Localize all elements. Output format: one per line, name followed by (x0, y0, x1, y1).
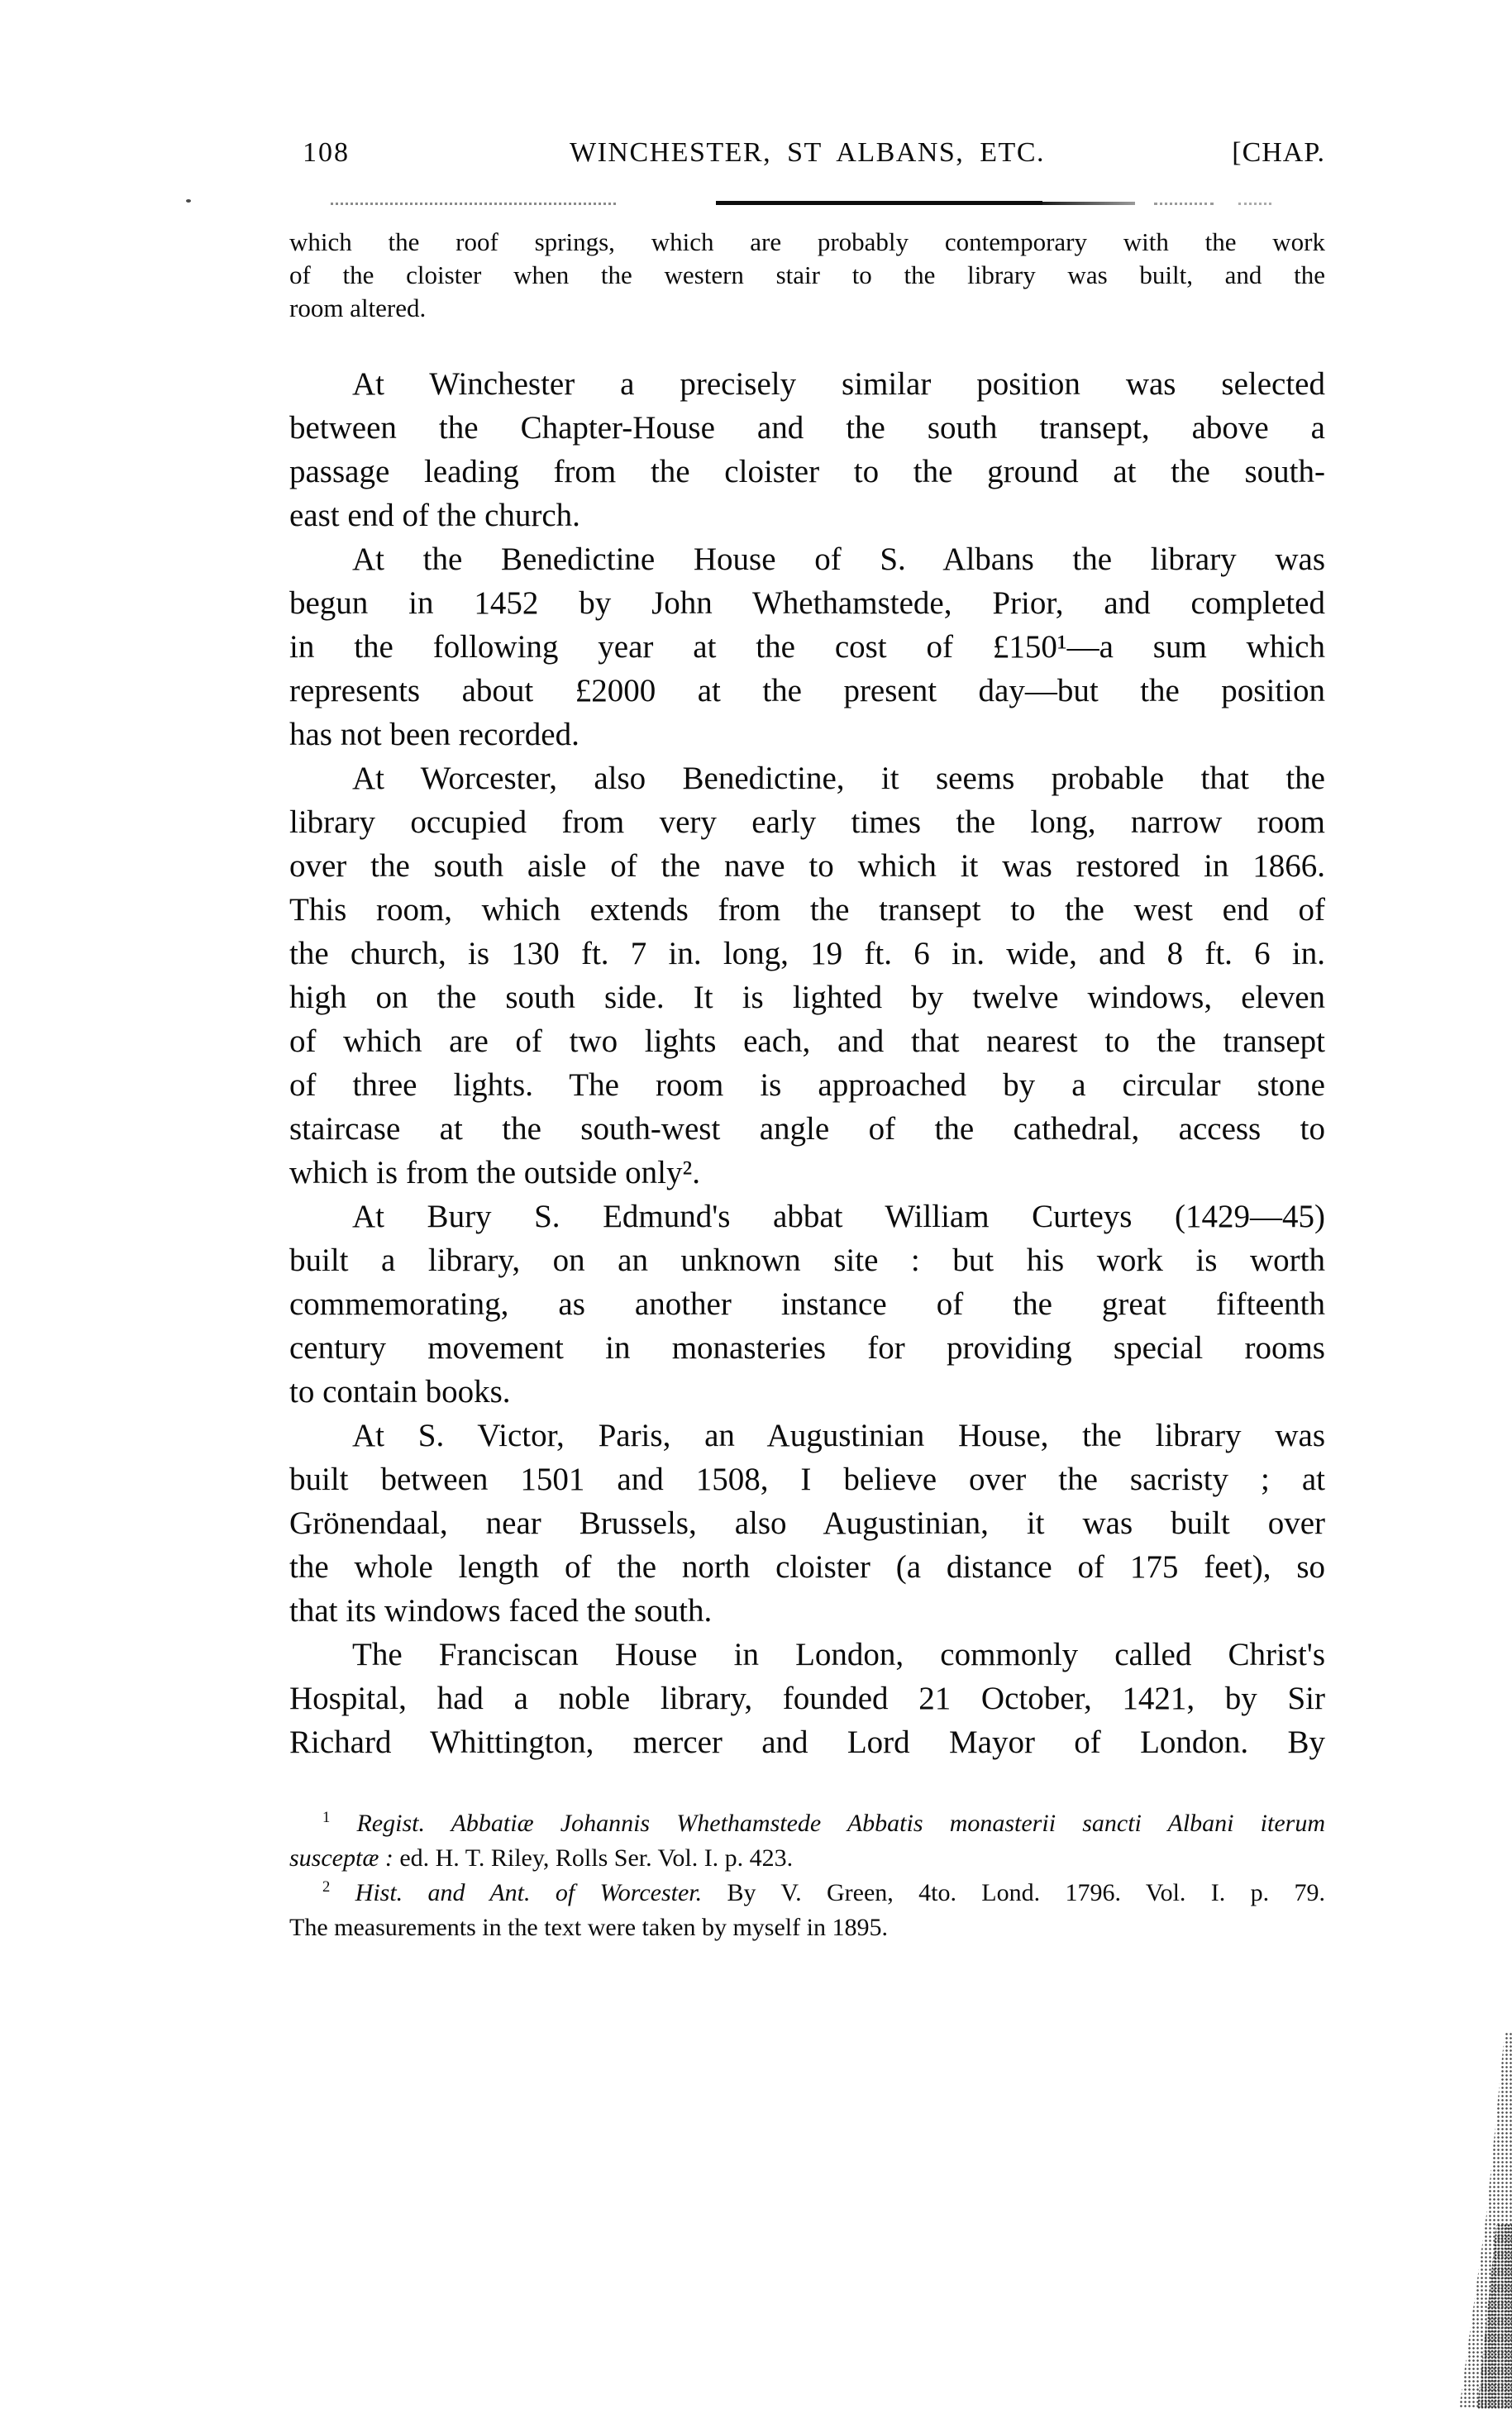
paragraph: The Franciscan House in London, commonly… (289, 1633, 1325, 1764)
text-line: At S. Victor, Paris, an Augustinian Hous… (289, 1414, 1325, 1457)
text-run: room altered. (289, 293, 426, 322)
text-run: of the cloister when the western stair t… (289, 260, 1325, 289)
text-run: between the Chapter-House and the south … (289, 410, 1325, 446)
text-run: in the following year at the cost of £15… (289, 629, 1325, 665)
paragraph: At Bury S. Edmund's abbat William Curtey… (289, 1195, 1325, 1414)
text-run: century movement in monasteries for prov… (289, 1330, 1325, 1366)
text-run: staircase at the south-west angle of the… (289, 1111, 1325, 1147)
header-rule-segment (1154, 203, 1214, 205)
text-run: represents about £2000 at the present da… (289, 673, 1325, 708)
text-line: staircase at the south-west angle of the… (289, 1107, 1325, 1151)
text-run: Grönendaal, near Brussels, also Augustin… (289, 1505, 1325, 1541)
paragraph: At Winchester a precisely similar positi… (289, 362, 1325, 537)
text-line: 1 Regist. Abbatiæ Johannis Whethamstede … (289, 1806, 1325, 1841)
text-run: The Franciscan House in London, commonly… (352, 1637, 1325, 1672)
footnote-marker: 2 (322, 1878, 330, 1896)
paragraph: which the roof springs, which are probab… (289, 226, 1325, 325)
text-run: which the roof springs, which are probab… (289, 227, 1325, 256)
text-run: ed. H. T. Riley, Rolls Ser. Vol. I. p. 4… (394, 1844, 793, 1872)
text-line: century movement in monasteries for prov… (289, 1326, 1325, 1370)
text-line: east end of the church. (289, 494, 1325, 537)
text-line: of three lights. The room is approached … (289, 1063, 1325, 1107)
text-run: At S. Victor, Paris, an Augustinian Hous… (352, 1418, 1325, 1453)
text-run: commemorating, as another instance of th… (289, 1286, 1325, 1322)
text-line: which the roof springs, which are probab… (289, 226, 1325, 259)
text-run: of three lights. The room is approached … (289, 1067, 1325, 1103)
text-line: in the following year at the cost of £15… (289, 625, 1325, 669)
header-rule-segment (331, 203, 616, 205)
text-run: library occupied from very early times t… (289, 804, 1325, 840)
text-run: the whole length of the north cloister (… (289, 1549, 1325, 1585)
text-line: high on the south side. It is lighted by… (289, 976, 1325, 1019)
text-run: has not been recorded. (289, 717, 580, 752)
text-line: This room, which extends from the transe… (289, 888, 1325, 932)
text-run: At Worcester, also Benedictine, it seems… (352, 761, 1325, 796)
header-rule-segment (716, 201, 1042, 205)
text-run: Regist. Abbatiæ Johannis Whethamstede Ab… (330, 1810, 1325, 1837)
text-line: commemorating, as another instance of th… (289, 1282, 1325, 1326)
text-run: The measurements in the text were taken … (289, 1914, 888, 1941)
text-run: high on the south side. It is lighted by… (289, 980, 1325, 1015)
page-header: 108 WINCHESTER, ST ALBANS, ETC. [CHAP. (289, 137, 1325, 169)
text-column: which the roof springs, which are probab… (289, 226, 1325, 1945)
header-rule-segment (186, 199, 191, 203)
text-run: At Bury S. Edmund's abbat William Curtey… (352, 1199, 1325, 1234)
text-run: east end of the church. (289, 498, 580, 533)
text-line: At Worcester, also Benedictine, it seems… (289, 756, 1325, 800)
text-line: represents about £2000 at the present da… (289, 669, 1325, 713)
text-run: susceptæ : (289, 1844, 394, 1872)
text-line: of the cloister when the western stair t… (289, 259, 1325, 292)
text-line: library occupied from very early times t… (289, 800, 1325, 844)
text-line: built a library, on an unknown site : bu… (289, 1238, 1325, 1282)
text-line: At the Benedictine House of S. Albans th… (289, 537, 1325, 581)
text-run: of which are of two lights each, and tha… (289, 1023, 1325, 1059)
text-run: built a library, on an unknown site : bu… (289, 1243, 1325, 1278)
text-line: Grönendaal, near Brussels, also Augustin… (289, 1501, 1325, 1545)
header-rule-segment (1042, 202, 1135, 205)
text-run: passage leading from the cloister to the… (289, 454, 1325, 489)
text-line: susceptæ : ed. H. T. Riley, Rolls Ser. V… (289, 1841, 1325, 1876)
paragraph: 2 Hist. and Ant. of Worcester. By V. Gre… (289, 1876, 1325, 1945)
text-run: Richard Whittington, mercer and Lord May… (289, 1724, 1325, 1760)
text-line: The measurements in the text were taken … (289, 1911, 1325, 1945)
header-rule-segment (1238, 203, 1271, 205)
text-line: built between 1501 and 1508, I believe o… (289, 1457, 1325, 1501)
text-line: of which are of two lights each, and tha… (289, 1019, 1325, 1063)
text-line: The Franciscan House in London, commonly… (289, 1633, 1325, 1677)
text-line: over the south aisle of the nave to whic… (289, 844, 1325, 888)
text-run: built between 1501 and 1508, I believe o… (289, 1462, 1325, 1497)
running-title: WINCHESTER, ST ALBANS, ETC. (570, 137, 1045, 169)
text-run: the church, is 130 ft. 7 in. long, 19 ft… (289, 936, 1325, 971)
chapter-label: [CHAP. (1232, 137, 1325, 169)
page-number: 108 (289, 137, 350, 169)
text-run: which is from the outside only². (289, 1155, 700, 1190)
text-run: By V. Green, 4to. Lond. 1796. Vol. I. p.… (702, 1879, 1325, 1906)
text-run: over the south aisle of the nave to whic… (289, 848, 1325, 884)
text-line: that its windows faced the south. (289, 1589, 1325, 1633)
text-run: to contain books. (289, 1374, 511, 1410)
text-line: between the Chapter-House and the south … (289, 406, 1325, 450)
paragraph: At Worcester, also Benedictine, it seems… (289, 756, 1325, 1195)
text-line: room altered. (289, 292, 1325, 325)
text-line: At Winchester a precisely similar positi… (289, 362, 1325, 406)
text-line: passage leading from the cloister to the… (289, 450, 1325, 494)
text-line: the whole length of the north cloister (… (289, 1545, 1325, 1589)
text-line: Richard Whittington, mercer and Lord May… (289, 1720, 1325, 1764)
text-run: At Winchester a precisely similar positi… (352, 366, 1325, 402)
paragraph: 1 Regist. Abbatiæ Johannis Whethamstede … (289, 1806, 1325, 1876)
text-run: This room, which extends from the transe… (289, 892, 1325, 928)
text-run: that its windows faced the south. (289, 1593, 712, 1629)
text-line: the church, is 130 ft. 7 in. long, 19 ft… (289, 932, 1325, 976)
paragraph: At the Benedictine House of S. Albans th… (289, 537, 1325, 756)
text-run: Hospital, had a noble library, founded 2… (289, 1681, 1325, 1716)
text-run: Hist. and Ant. of Worcester. (330, 1879, 702, 1906)
text-line: has not been recorded. (289, 713, 1325, 756)
text-line: to contain books. (289, 1370, 1325, 1414)
text-line: which is from the outside only². (289, 1151, 1325, 1195)
paragraph: At S. Victor, Paris, an Augustinian Hous… (289, 1414, 1325, 1633)
text-line: Hospital, had a noble library, founded 2… (289, 1677, 1325, 1720)
text-line: At Bury S. Edmund's abbat William Curtey… (289, 1195, 1325, 1238)
text-run: begun in 1452 by John Whethamstede, Prio… (289, 585, 1325, 621)
text-run: At the Benedictine House of S. Albans th… (352, 541, 1325, 577)
text-line: begun in 1452 by John Whethamstede, Prio… (289, 581, 1325, 625)
footnote-marker: 1 (322, 1809, 330, 1826)
text-line: 2 Hist. and Ant. of Worcester. By V. Gre… (289, 1876, 1325, 1911)
